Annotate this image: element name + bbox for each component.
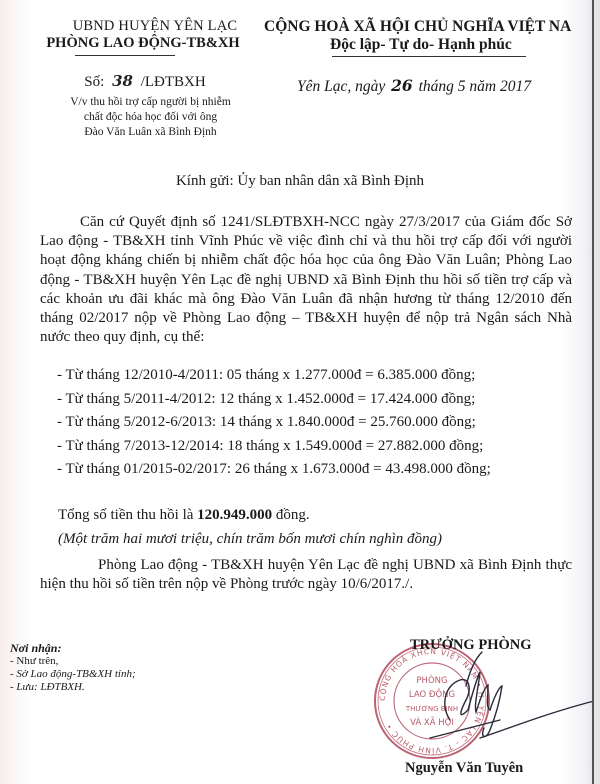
recipients-title: Nơi nhận:: [10, 642, 136, 655]
document-date: Yên Lạc, ngày 26 tháng 5 năm 2017: [297, 76, 531, 96]
page-border-line: [592, 0, 594, 784]
payment-item: - Từ tháng 5/2011-4/2012: 12 tháng x 1.4…: [57, 388, 491, 412]
amount-in-words: (Một trăm hai mươi triệu, chín trăm bốn …: [58, 531, 442, 548]
recipient-item: - Lưu: LĐTBXH.: [10, 681, 136, 694]
payment-item: - Từ tháng 01/2015-02/2017: 26 tháng x 1…: [57, 458, 491, 482]
date-prefix: Yên Lạc, ngày: [297, 78, 385, 95]
greeting: Kính gửi: Ủy ban nhân dân xã Bình Định: [0, 173, 600, 190]
total-amount: 120.949.000: [197, 507, 272, 523]
handwritten-signature: [410, 650, 600, 750]
total-prefix: Tổng số tiền thu hồi là: [58, 507, 197, 523]
national-title: CỘNG HOÀ XÃ HỘI CHỦ NGHĨA VIỆT NA: [264, 18, 571, 36]
closing-paragraph: Phòng Lao động - TB&XH huyện Yên Lạc đề …: [40, 556, 572, 594]
body-paragraph: Căn cứ Quyết định số 1241/SLĐTBXH-NCC ng…: [40, 213, 572, 347]
date-suffix: tháng 5 năm 2017: [419, 78, 531, 95]
subject-line: V/v thu hồi trợ cấp người bị nhiễm: [28, 95, 273, 110]
doc-number-prefix: Số:: [84, 74, 104, 90]
signer-name: Nguyễn Văn Tuyên: [405, 760, 523, 777]
payment-item: - Từ tháng 5/2012-6/2013: 14 tháng x 1.8…: [57, 411, 491, 435]
department-underline: [75, 55, 175, 56]
national-motto: Độc lập- Tự do- Hạnh phúc: [330, 36, 512, 54]
issuing-department: PHÒNG LAO ĐỘNG-TB&XH: [28, 35, 258, 52]
doc-number-suffix: /LĐTBXH: [141, 74, 206, 90]
recipient-item: - Sở Lao động-TB&XH tỉnh;: [10, 668, 136, 681]
page-edge: [594, 0, 600, 784]
payment-list: - Từ tháng 12/2010-4/2011: 05 tháng x 1.…: [57, 364, 491, 482]
document-number: Số: 38 /LĐTBXH: [60, 72, 230, 91]
subject-line: Đào Văn Luân xã Bình Định: [28, 125, 273, 140]
recipients-block: Nơi nhận: - Như trên, - Sở Lao động-TB&X…: [10, 642, 136, 694]
document-page: UBND HUYỆN YÊN LẠC PHÒNG LAO ĐỘNG-TB&XH …: [0, 0, 600, 784]
motto-underline: [332, 56, 526, 57]
payment-item: - Từ tháng 12/2010-4/2011: 05 tháng x 1.…: [57, 364, 491, 388]
document-subject: V/v thu hồi trợ cấp người bị nhiễm chất …: [28, 95, 273, 140]
total-suffix: đồng.: [272, 507, 310, 523]
issuing-agency: UBND HUYỆN YÊN LẠC: [50, 18, 260, 35]
subject-line: chất độc hóa học đối với ông: [28, 110, 273, 125]
doc-number-handwritten: 38: [108, 72, 137, 90]
date-day-handwritten: 26: [389, 76, 415, 95]
total-line: Tổng số tiền thu hồi là 120.949.000 đồng…: [58, 507, 310, 524]
recipient-item: - Như trên,: [10, 655, 136, 668]
signer-title: TRƯỞNG PHÒNG: [410, 637, 532, 654]
payment-item: - Từ tháng 7/2013-12/2014: 18 tháng x 1.…: [57, 435, 491, 459]
